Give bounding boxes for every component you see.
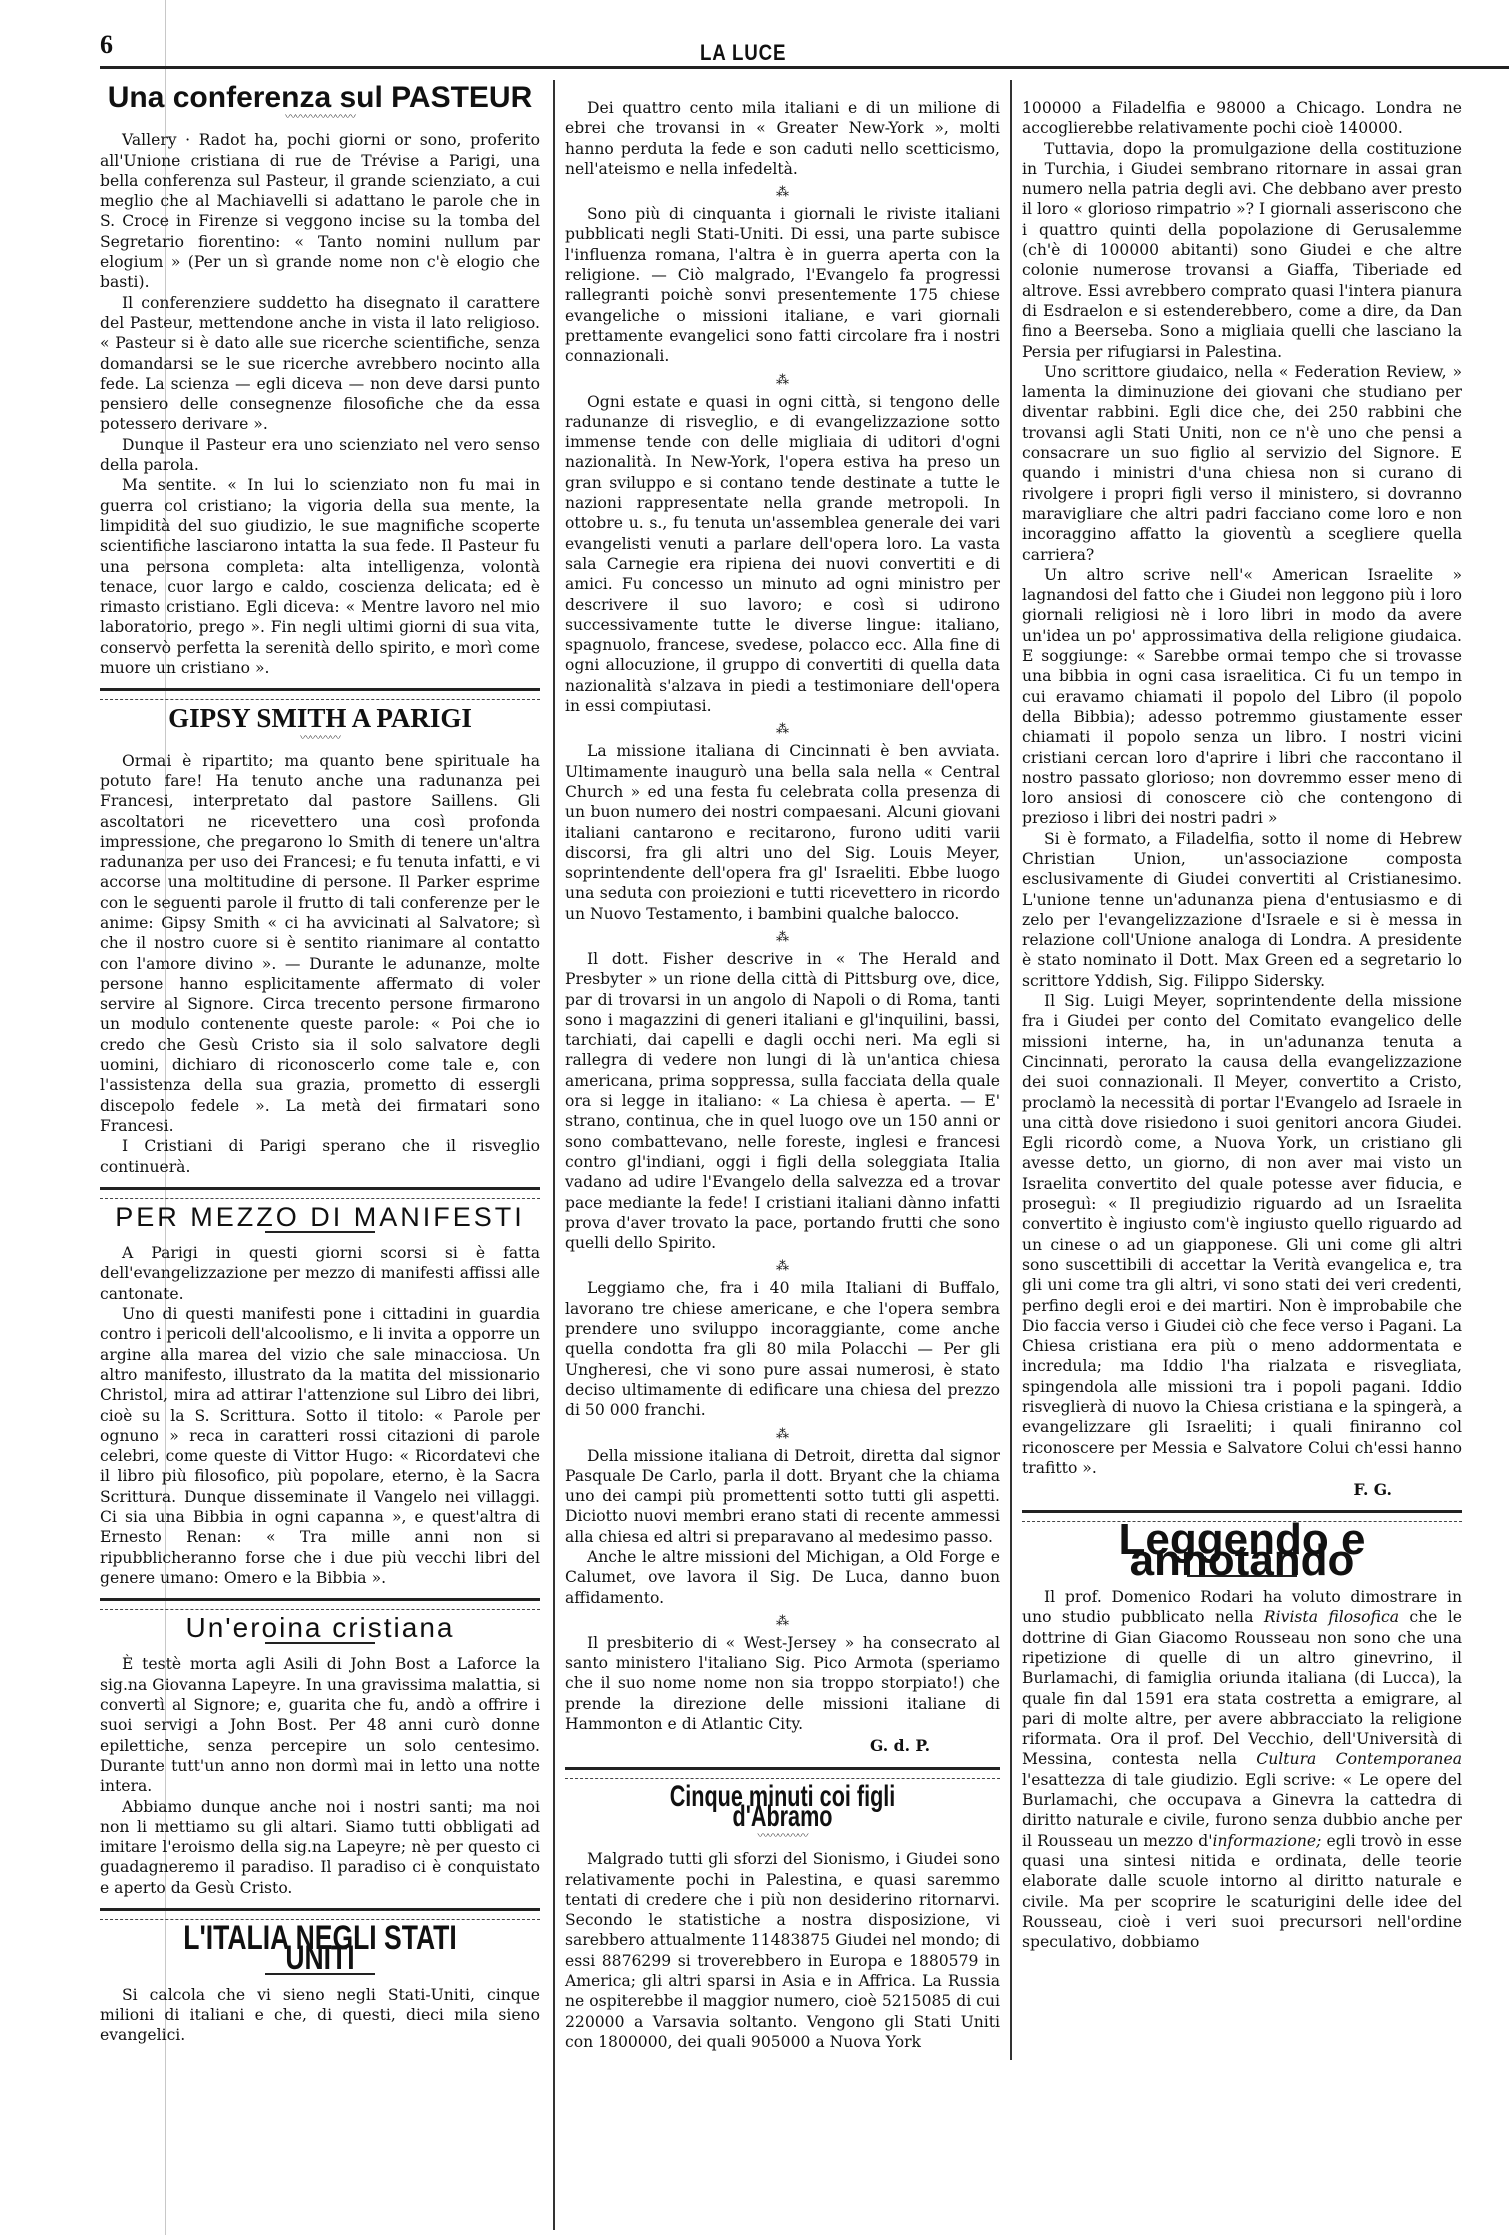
article-title-leggendo: Leggendo e annotando bbox=[1022, 1530, 1462, 1571]
right-column: 100000 a Filadelfia e 98000 a Chicago. L… bbox=[1022, 84, 1462, 1952]
column-rule-1 bbox=[553, 80, 555, 2230]
page-number: 6 bbox=[100, 30, 113, 60]
section-separator bbox=[100, 1598, 540, 1610]
paragraph: Ogni estate e quasi in ogni città, si te… bbox=[565, 392, 1000, 717]
paragraph: Un altro scrive nell'« American Israelit… bbox=[1022, 565, 1462, 829]
paragraph: Il Sig. Luigi Meyer, soprintendente dell… bbox=[1022, 991, 1462, 1478]
paragraph: Tuttavia, dopo la promulgazione della co… bbox=[1022, 139, 1462, 362]
left-column: Una conferenza sul PASTEUR 〰〰〰〰〰〰〰 Valle… bbox=[100, 84, 540, 2046]
paragraph: Dunque il Pasteur era uno scienziato nel… bbox=[100, 435, 540, 476]
paragraph: La missione italiana di Cincinnati è ben… bbox=[565, 741, 1000, 924]
asterism-divider: ⁂ bbox=[565, 932, 1000, 943]
wave-ornament: 〰〰〰〰〰 bbox=[565, 1831, 1000, 1843]
section-separator bbox=[100, 688, 540, 700]
paragraph: Il conferenziere suddetto ha disegnato i… bbox=[100, 293, 540, 435]
asterism-divider: ⁂ bbox=[565, 187, 1000, 198]
asterism-divider: ⁂ bbox=[565, 724, 1000, 735]
paragraph-leggendo: Il prof. Domenico Rodari ha voluto dimos… bbox=[1022, 1587, 1462, 1952]
paragraph: Uno di questi manifesti pone i cittadini… bbox=[100, 1304, 540, 1588]
italic-title: Rivista filosofica bbox=[1264, 1608, 1399, 1626]
asterism-divider: ⁂ bbox=[565, 1261, 1000, 1272]
paragraph: A Parigi in questi giorni scorsi si è fa… bbox=[100, 1243, 540, 1304]
author-signature: F. G. bbox=[1022, 1480, 1462, 1500]
paragraph: Uno scrittore giudaico, nella « Federati… bbox=[1022, 362, 1462, 565]
paragraph: Della missione italiana di Detroit, dire… bbox=[565, 1446, 1000, 1547]
paragraph: Si calcola che vi sieno negli Stati-Unit… bbox=[100, 1985, 540, 2046]
paragraph: Vallery · Radot ha, pochi giorni or sono… bbox=[100, 130, 540, 292]
paragraph: Ormai è ripartito; ma quanto bene spirit… bbox=[100, 751, 540, 1137]
paragraph: I Cristiani di Parigi sperano che il ris… bbox=[100, 1136, 540, 1177]
article-title-eroina: Un'eroina cristiana bbox=[100, 1618, 540, 1638]
author-signature: G. d. P. bbox=[565, 1736, 1000, 1756]
article-title-manifesti: PER MEZZO DI MANIFESTI bbox=[100, 1207, 540, 1227]
text-run: che le dottrine di Gian Giacomo Rousseau… bbox=[1022, 1608, 1462, 1768]
paragraph: Malgrado tutti gli sforzi del Sionismo, … bbox=[565, 1849, 1000, 2052]
paragraph: Abbiamo dunque anche noi i nostri santi;… bbox=[100, 1797, 540, 1898]
paragraph: Il dott. Fisher descrive in « The Herald… bbox=[565, 949, 1000, 1253]
paragraph: Dei quattro cento mila italiani e di un … bbox=[565, 98, 1000, 179]
paragraph: Ma sentite. « In lui lo scienziato non f… bbox=[100, 475, 540, 678]
paragraph: Il presbiterio di « West-Jersey » ha con… bbox=[565, 1633, 1000, 1734]
article-title-gipsy-smith: GIPSY SMITH A PARIGI bbox=[100, 708, 540, 728]
article-title-italia: L'ITALIA NEGLI STATI UNITI bbox=[148, 1928, 491, 1969]
paragraph: Sono più di cinquanta i giornali le rivi… bbox=[565, 204, 1000, 366]
section-separator bbox=[565, 1767, 1000, 1779]
asterism-divider: ⁂ bbox=[565, 1616, 1000, 1627]
masthead-title: LA LUCE bbox=[700, 40, 786, 66]
article-title-pasteur: Una conferenza sul PASTEUR bbox=[100, 88, 540, 108]
paragraph: Leggiamo che, fra i 40 mila Italiani di … bbox=[565, 1278, 1000, 1420]
paragraph: È testè morta agli Asili di John Bost a … bbox=[100, 1654, 540, 1796]
paragraph: Si è formato, a Filadelfia, sotto il nom… bbox=[1022, 829, 1462, 991]
section-separator bbox=[100, 1187, 540, 1199]
asterism-divider: ⁂ bbox=[565, 375, 1000, 386]
wave-ornament: 〰〰〰〰 bbox=[100, 733, 540, 745]
italic-word: informazione; bbox=[1213, 1832, 1322, 1850]
paragraph: 100000 a Filadelfia e 98000 a Chicago. L… bbox=[1022, 98, 1462, 139]
asterism-divider: ⁂ bbox=[565, 1429, 1000, 1440]
header-rule bbox=[100, 66, 1509, 69]
italic-title: Cultura Contemporanea bbox=[1256, 1750, 1462, 1768]
wave-ornament: 〰〰〰〰〰〰〰 bbox=[100, 112, 540, 124]
middle-column: Dei quattro cento mila italiani e di un … bbox=[565, 84, 1000, 2052]
paragraph: Anche le altre missioni del Michigan, a … bbox=[565, 1547, 1000, 1608]
column-rule-2 bbox=[1010, 80, 1012, 2060]
article-title-abramo: Cinque minuti coi figli d'Abramo bbox=[626, 1787, 939, 1828]
